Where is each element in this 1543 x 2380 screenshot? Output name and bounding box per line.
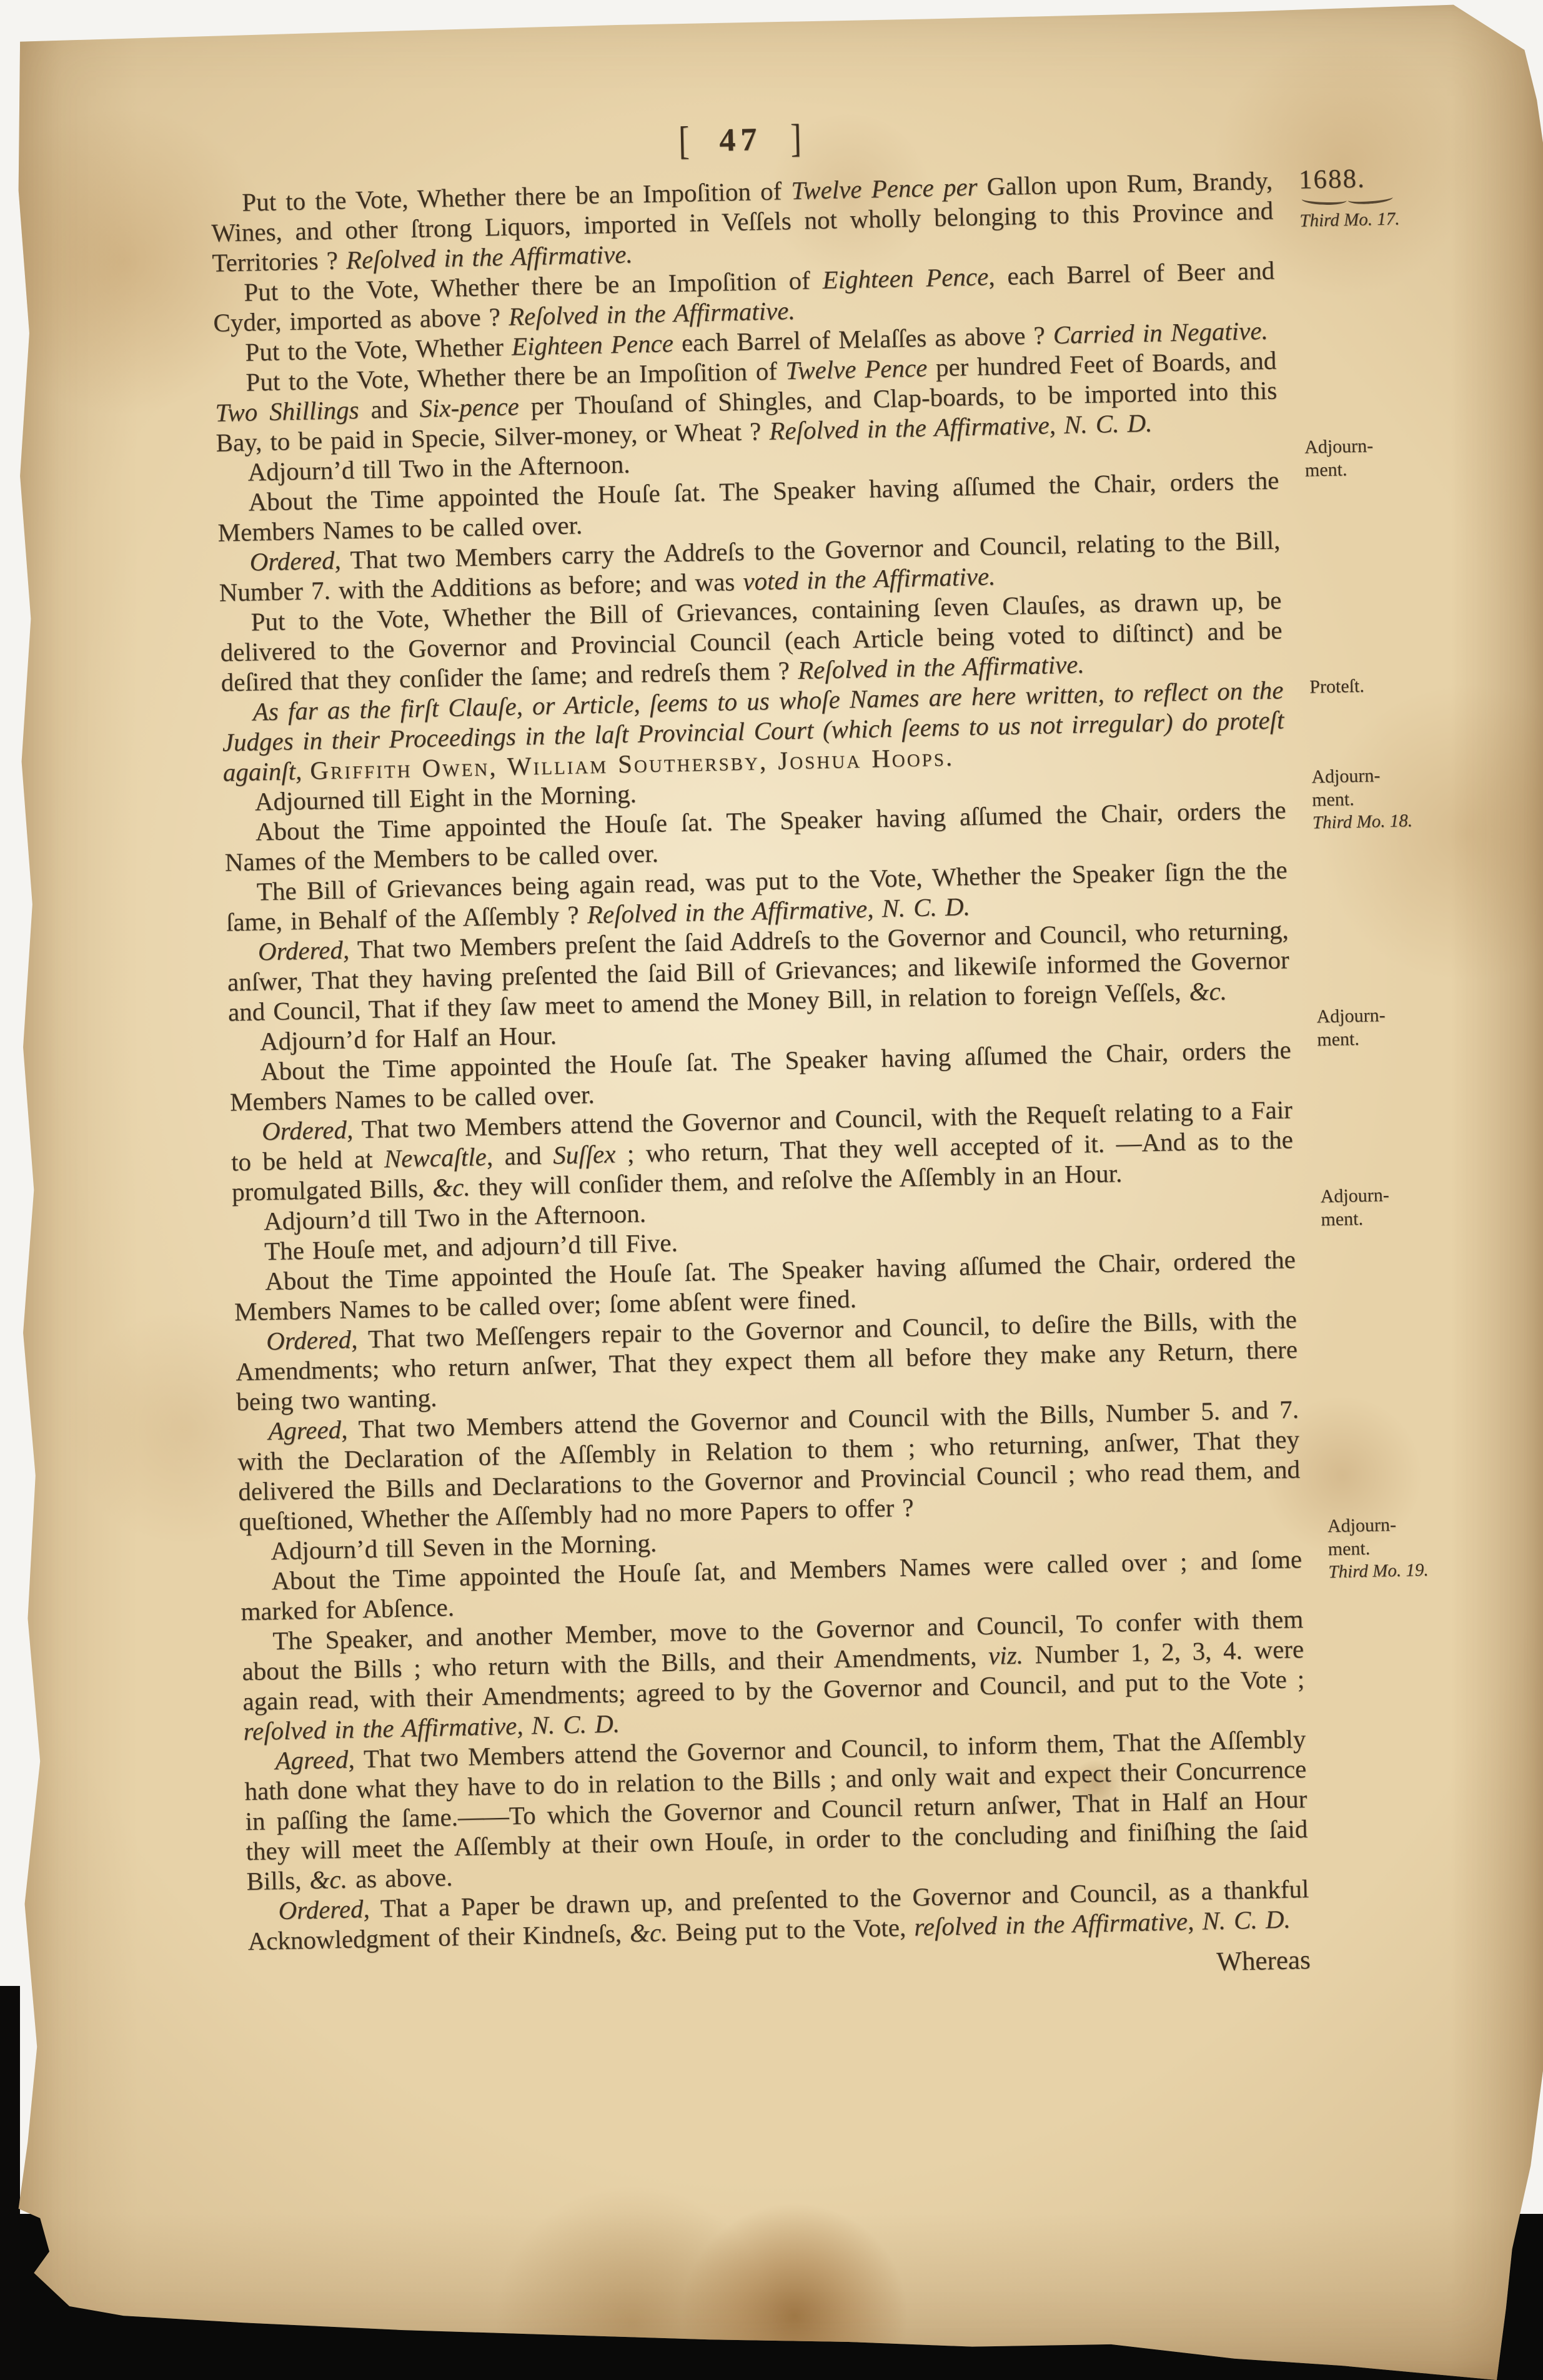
margin-note-line: Proteſt. bbox=[1309, 671, 1510, 699]
text-segment: Twelve Pence per bbox=[791, 172, 987, 205]
text-segment: Six-pence bbox=[419, 392, 519, 422]
text-segment: Suſſex bbox=[553, 1139, 616, 1169]
text-segment: Ordered, bbox=[249, 546, 341, 576]
text-segment: &c. bbox=[432, 1172, 470, 1202]
page-number-header: [47] bbox=[209, 111, 1272, 170]
margin-note: Adjourn-ment.Third Mo. 18. bbox=[1311, 761, 1512, 835]
margin-note: Adjourn-ment.Third Mo. 19. bbox=[1327, 1510, 1529, 1584]
photo-backdrop-left-edge bbox=[0, 1986, 20, 2380]
page-content: [47] Put to the Vote, Whether there be a… bbox=[209, 106, 1543, 1999]
margin-note-line: ment. bbox=[1305, 455, 1506, 482]
text-segment: Agreed, bbox=[268, 1415, 348, 1446]
margin-note: Proteſt. bbox=[1309, 671, 1510, 699]
page-number-bracket-open: [ bbox=[678, 119, 691, 165]
paragraph: The Speaker, and another Member, move to… bbox=[241, 1604, 1306, 1746]
text-segment: and bbox=[359, 394, 420, 424]
text-segment: &c. bbox=[1189, 976, 1227, 1005]
text-segment: Twelve Pence bbox=[785, 353, 928, 385]
catchword: Whereas bbox=[249, 1945, 1314, 1998]
text-segment: Eighteen Pence bbox=[822, 262, 989, 294]
text-segment: Ordered, bbox=[278, 1894, 370, 1925]
text-segment: Two Shillings bbox=[215, 395, 359, 427]
margin-note: Adjourn-ment. bbox=[1304, 432, 1506, 482]
text-segment: Ordered, bbox=[262, 1115, 354, 1145]
text-segment: Carried in Negative. bbox=[1053, 316, 1268, 349]
text-segment: Reſolved in the Affirmative. bbox=[346, 239, 633, 274]
text-segment: as above. bbox=[347, 1862, 452, 1894]
text-segment: Put to the Vote, Whether bbox=[245, 332, 512, 367]
margin-note-line: ment. bbox=[1321, 1204, 1521, 1232]
text-segment: Ordered, bbox=[266, 1325, 358, 1355]
text-segment: That two Members attend the Governor and… bbox=[237, 1395, 1301, 1536]
paragraph-list: Put to the Vote, Whether there be an Imp… bbox=[211, 160, 1543, 1957]
text-segment: Eighteen Pence bbox=[511, 328, 673, 361]
text-segment: Reſolved in the Affirmative. bbox=[798, 649, 1085, 684]
text-segment: voted in the Affirmative. bbox=[743, 561, 996, 596]
paper-page: [47] Put to the Vote, Whether there be a… bbox=[0, 0, 1543, 2380]
paragraph: Agreed, That two Members attend the Gove… bbox=[237, 1394, 1301, 1536]
text-segment: Being put to the Vote, bbox=[667, 1912, 915, 1946]
date-brace-icon bbox=[1302, 192, 1397, 207]
margin-note-line: Third Mo. 17. bbox=[1299, 205, 1500, 233]
text-segment: Reſolved in the Affirmative. bbox=[509, 296, 796, 331]
page-number-bracket-close: ] bbox=[790, 116, 803, 162]
text-segment: viz. bbox=[988, 1641, 1024, 1670]
paragraph: Agreed, That two Members attend the Gove… bbox=[244, 1724, 1309, 1896]
margin-note-line: ment. bbox=[1317, 1024, 1517, 1052]
text-segment: &c. bbox=[630, 1918, 668, 1947]
margin-note-line: Third Mo. 19. bbox=[1328, 1556, 1529, 1584]
margin-note-line: Third Mo. 18. bbox=[1312, 807, 1513, 835]
text-segment: , and bbox=[486, 1141, 553, 1171]
text-segment: Ordered, bbox=[257, 935, 349, 965]
margin-note: 1688.Third Mo. 17. bbox=[1299, 162, 1500, 233]
text-segment: Agreed, bbox=[275, 1744, 355, 1775]
margin-note-line: 1688. bbox=[1299, 162, 1499, 195]
scanned-page-photo: { "colors":{"paper":"#e7d2a8","ink":"#3e… bbox=[0, 0, 1543, 2380]
margin-note: Adjourn-ment. bbox=[1320, 1181, 1521, 1232]
margin-note: Adjourn-ment. bbox=[1316, 1001, 1517, 1052]
text-segment: Newcaſtle bbox=[384, 1142, 487, 1173]
text-segment: &c. bbox=[309, 1865, 347, 1894]
page-number: 47 bbox=[719, 121, 762, 159]
